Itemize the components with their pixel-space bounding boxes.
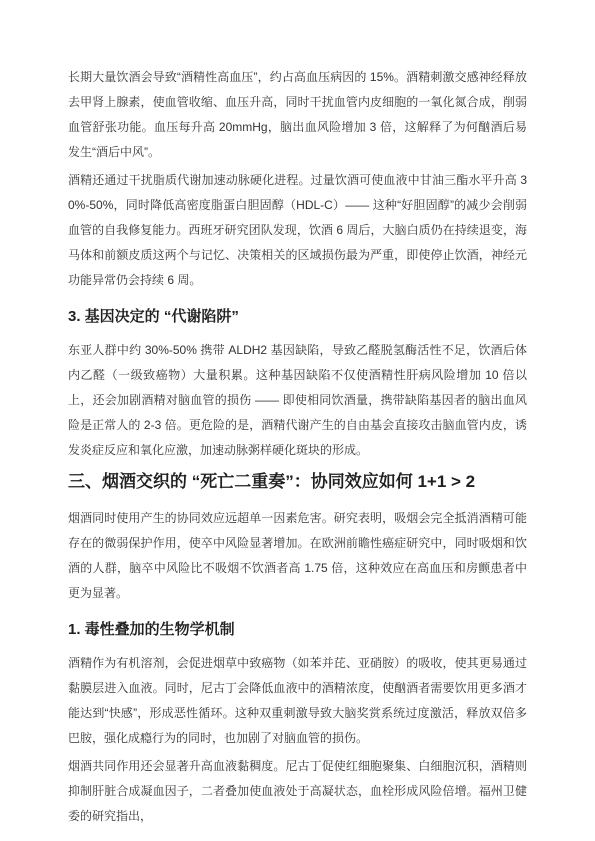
paragraph-synergy-stroke-risk: 烟酒同时使用产生的协同效应远超单一因素危害。研究表明，吸烟会完全抵消酒精可能存在… [68,506,527,606]
document-page: 长期大量饮酒会导致“酒精性高血压”，约占高血压病因的 15%。酒精刺激交感神经释… [0,0,595,841]
heading-tobacco-alcohol-death-duet: 三、烟酒交织的 “死亡二重奏”：协同效应如何 1+1 > 2 [68,468,527,496]
paragraph-aldh2-gene-defect: 东亚人群中约 30%-50% 携带 ALDH2 基因缺陷，导致乙醛脱氢酶活性不足… [68,338,527,463]
paragraph-lipid-metabolism: 酒精还通过干扰脂质代谢加速动脉硬化进程。过量饮酒可使血液中甘油三酯水平升高 30… [68,168,527,293]
paragraph-blood-viscosity: 烟酒共同作用还会显著升高血液黏稠度。尼古丁促使红细胞聚集、白细胞沉积，酒精则抑制… [68,754,527,829]
paragraph-organic-solvent-effect: 酒精作为有机溶剂，会促进烟草中致癌物（如苯并芘、亚硝胺）的吸收，使其更易通过黏膜… [68,651,527,751]
heading-toxicity-biological-mechanism: 1. 毒性叠加的生物学机制 [68,617,527,642]
heading-gene-metabolic-trap: 3. 基因决定的 “代谢陷阱” [68,304,527,329]
paragraph-alcohol-hypertension: 长期大量饮酒会导致“酒精性高血压”，约占高血压病因的 15%。酒精刺激交感神经释… [68,65,527,165]
